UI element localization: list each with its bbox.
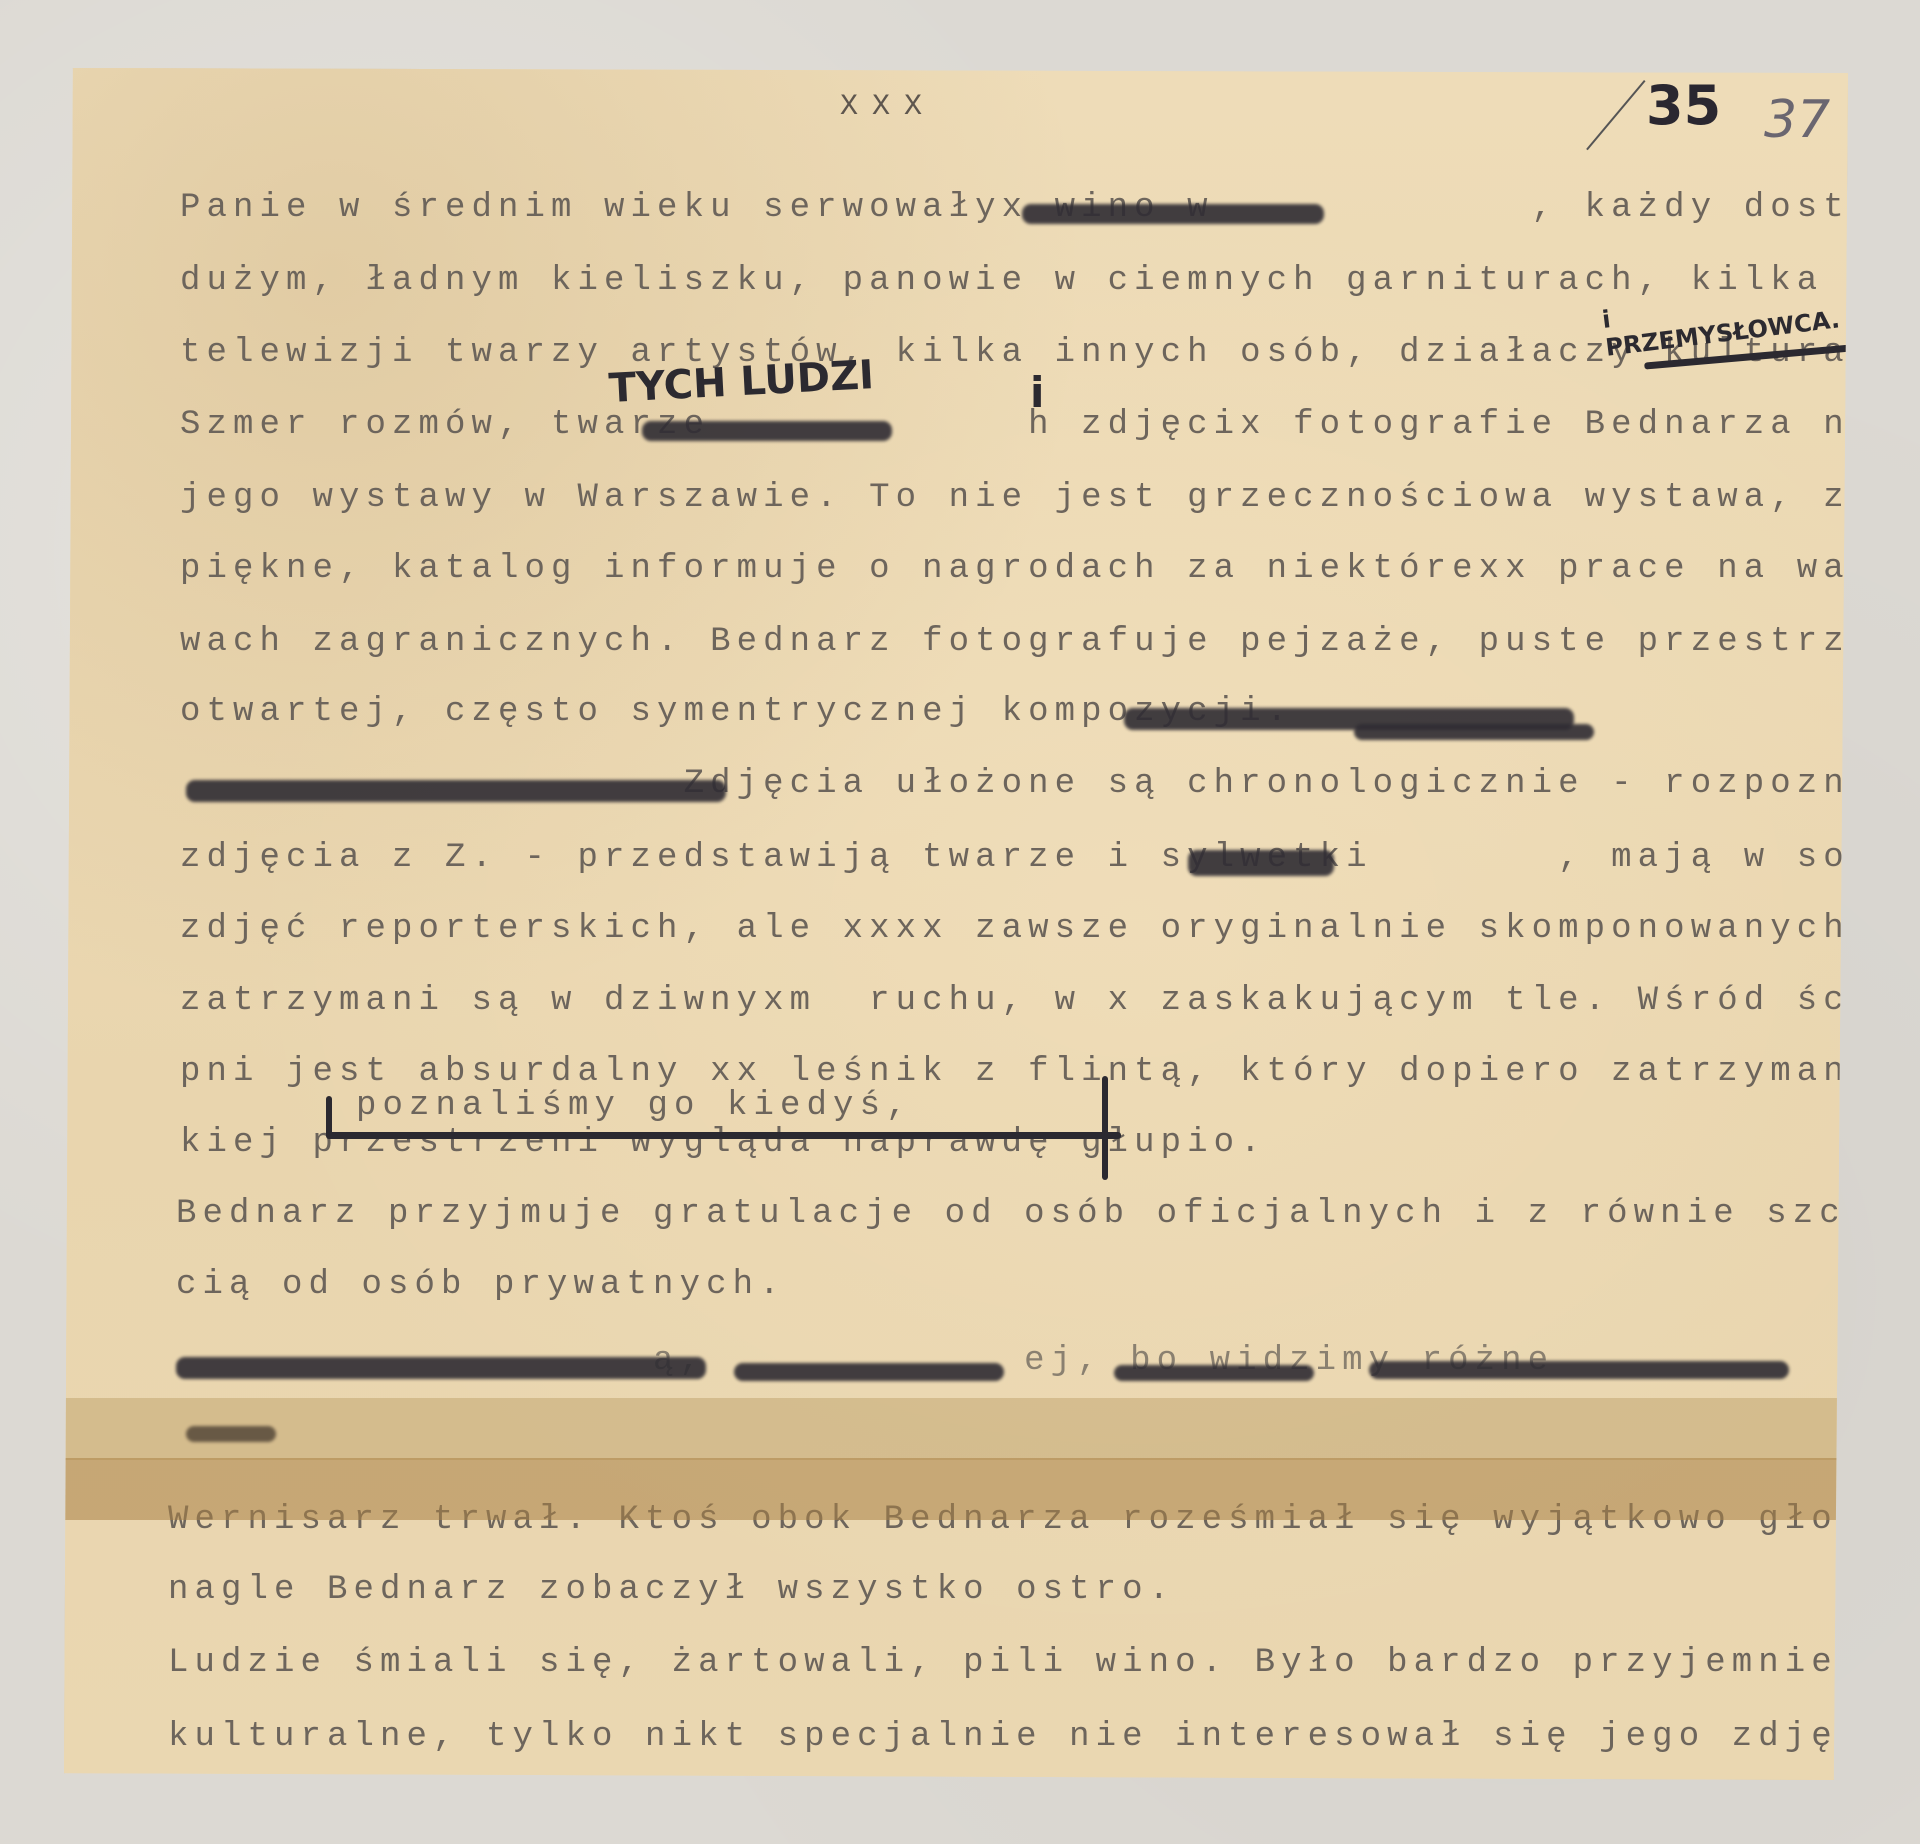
section-header: XXX [840,90,936,124]
struck-page-number: 35 [1646,74,1721,137]
marker-redaction [176,1357,706,1379]
adhesive-tape [40,1458,1850,1520]
marker-redaction [1188,850,1334,876]
text-line: zdjęcia z Z. - przedstawiją twarze i syl… [180,838,1920,878]
typewritten-page: XXX 35 37 Panie w średnim wieku serwował… [64,68,1848,1780]
insertion-bracket [1102,1076,1108,1180]
typed-insertion: poznaliśmy go kiedyś, [356,1086,913,1126]
text-line: wach zagranicznych. Bednarz fotografuje … [180,622,1920,662]
marker-redaction [1114,1365,1314,1381]
marker-redaction [734,1363,1004,1381]
marker-redaction [1369,1361,1789,1379]
insertion-bracket [326,1132,1121,1139]
page-number-strike [1586,80,1645,150]
text-line: dużym, ładnym kieliszku, panowie w ciemn… [180,261,1920,301]
page-number: 37 [1764,90,1830,150]
marker-redaction [1022,204,1324,224]
text-line: zdjęć reporterskich, ale xxxx zawsze ory… [180,909,1920,949]
text-line: nagle Bednarz zobaczył wszystko ostro. [168,1570,1175,1610]
text-line: jego wystawy w Warszawie. To nie jest gr… [180,478,1920,518]
marker-redaction [642,421,892,441]
adhesive-tape [40,1398,1850,1460]
text-line: Szmer rozmów, twarze h zdjęcix fotografi… [180,405,1920,445]
handwritten-insertion: i [1030,368,1044,417]
text-line: kulturalne, tylko nikt specjalnie nie in… [168,1717,1920,1757]
text-line: Ludzie śmiali się, żartowali, pili wino.… [168,1643,1891,1683]
text-line: cią od osób prywatnych. [176,1265,786,1305]
text-line: piękne, katalog informuje o nagrodach za… [180,549,1920,589]
marker-redaction [186,780,726,802]
text-line: zatrzymani są w dziwnyxm ruchu, w x zask… [180,981,1920,1021]
text-line: otwartej, często symentrycznej kompozycj… [180,692,1920,732]
text-line: Bednarz przyjmuje gratulacje od osób ofi… [176,1194,1920,1234]
marker-redaction [1354,724,1594,740]
